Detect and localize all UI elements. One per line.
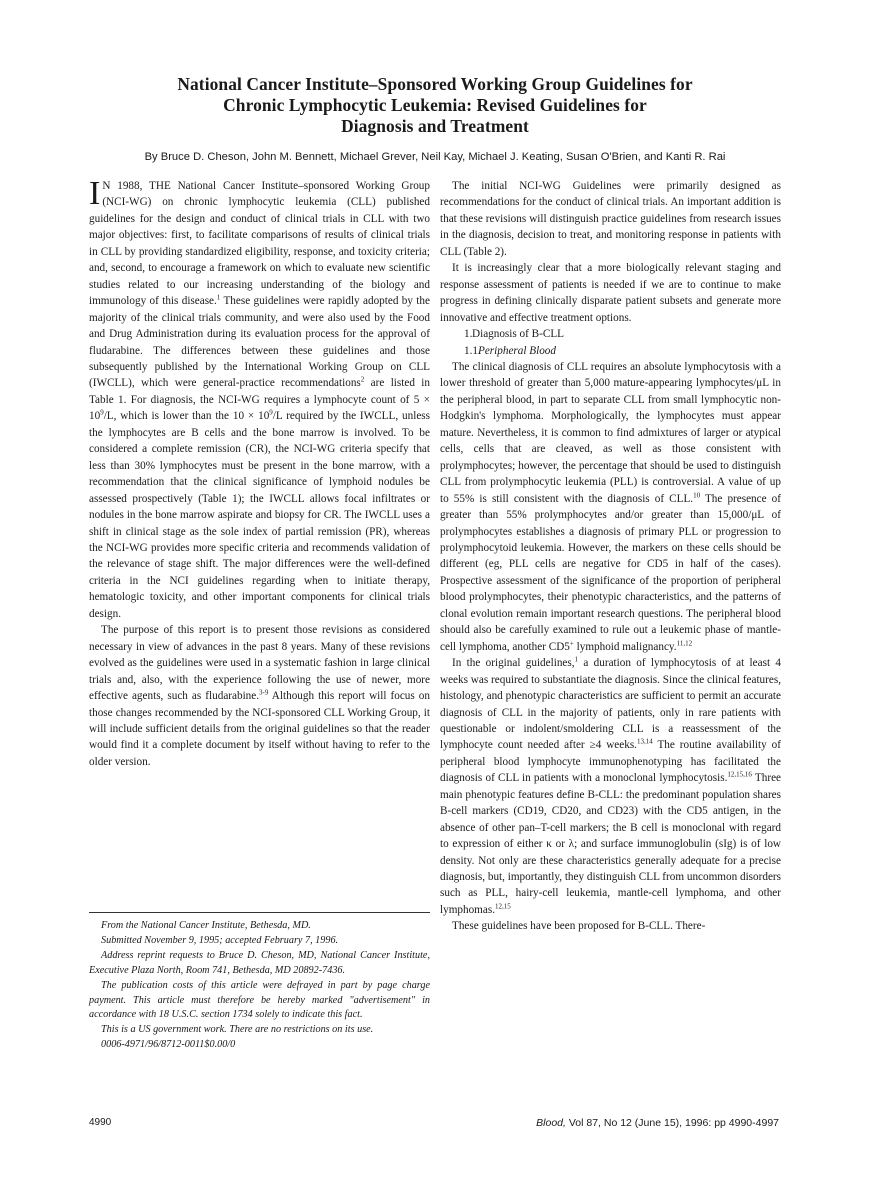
title-line-3: Diagnosis and Treatment [60,116,810,137]
citation-details: Vol 87, No 12 (June 15), 1996: pp 4990-4… [566,1117,779,1129]
footnote-affiliation: From the National Cancer Institute, Beth… [89,919,430,934]
section-number: 1. [452,326,472,342]
purpose-paragraph: The purpose of this report is to present… [89,622,430,770]
initial-guidelines-paragraph: The initial NCI-WG Guidelines were prima… [440,178,781,260]
footnote-publication-costs: The publication costs of this article we… [89,979,430,1024]
footnote-divider [89,912,430,913]
drop-cap: I [89,180,100,208]
page-number: 4990 [89,1117,111,1128]
subsection-number: 1.1. [452,343,478,359]
reference-marker: 12,15 [495,902,511,910]
biologically-relevant-paragraph: It is increasingly clear that a more bio… [440,260,781,326]
reference-marker: 12,15,16 [727,771,752,779]
reference-marker: 13,14 [637,738,653,746]
title-line-2: Chronic Lymphocytic Leukemia: Revised Gu… [60,95,810,116]
footnote-government-work: This is a US government work. There are … [89,1023,430,1038]
footnotes: From the National Cancer Institute, Beth… [89,919,430,1053]
author-byline: By Bruce D. Cheson, John M. Bennett, Mic… [60,151,810,163]
subsection-heading-peripheral-blood: 1.1.Peripheral Blood [440,343,781,359]
intro-paragraph: IN 1988, THE National Cancer Institute–s… [89,178,430,622]
footnote-reprint-address: Address reprint requests to Bruce D. Che… [89,949,430,979]
article-title: National Cancer Institute–Sponsored Work… [60,74,810,137]
section-heading-diagnosis: 1.Diagnosis of B-CLL [440,326,781,342]
reference-marker: 3-9 [259,688,268,696]
right-column: The initial NCI-WG Guidelines were prima… [440,178,781,935]
b-cll-paragraph: These guidelines have been proposed for … [440,918,781,934]
original-guidelines-paragraph: In the original guidelines,1 a duration … [440,655,781,918]
journal-citation: Blood, Vol 87, No 12 (June 15), 1996: pp… [536,1117,779,1129]
reference-marker: 11,12 [677,639,693,647]
title-line-1: National Cancer Institute–Sponsored Work… [60,74,810,95]
section-title: Diagnosis of B-CLL [472,328,564,340]
left-column: IN 1988, THE National Cancer Institute–s… [89,178,430,770]
subsection-title: Peripheral Blood [478,345,556,357]
footnote-dates: Submitted November 9, 1995; accepted Feb… [89,934,430,949]
clinical-diagnosis-paragraph: The clinical diagnosis of CLL requires a… [440,359,781,655]
journal-name: Blood, [536,1117,566,1129]
footnote-code: 0006-4971/96/8712-0011$0.00/0 [89,1038,430,1053]
